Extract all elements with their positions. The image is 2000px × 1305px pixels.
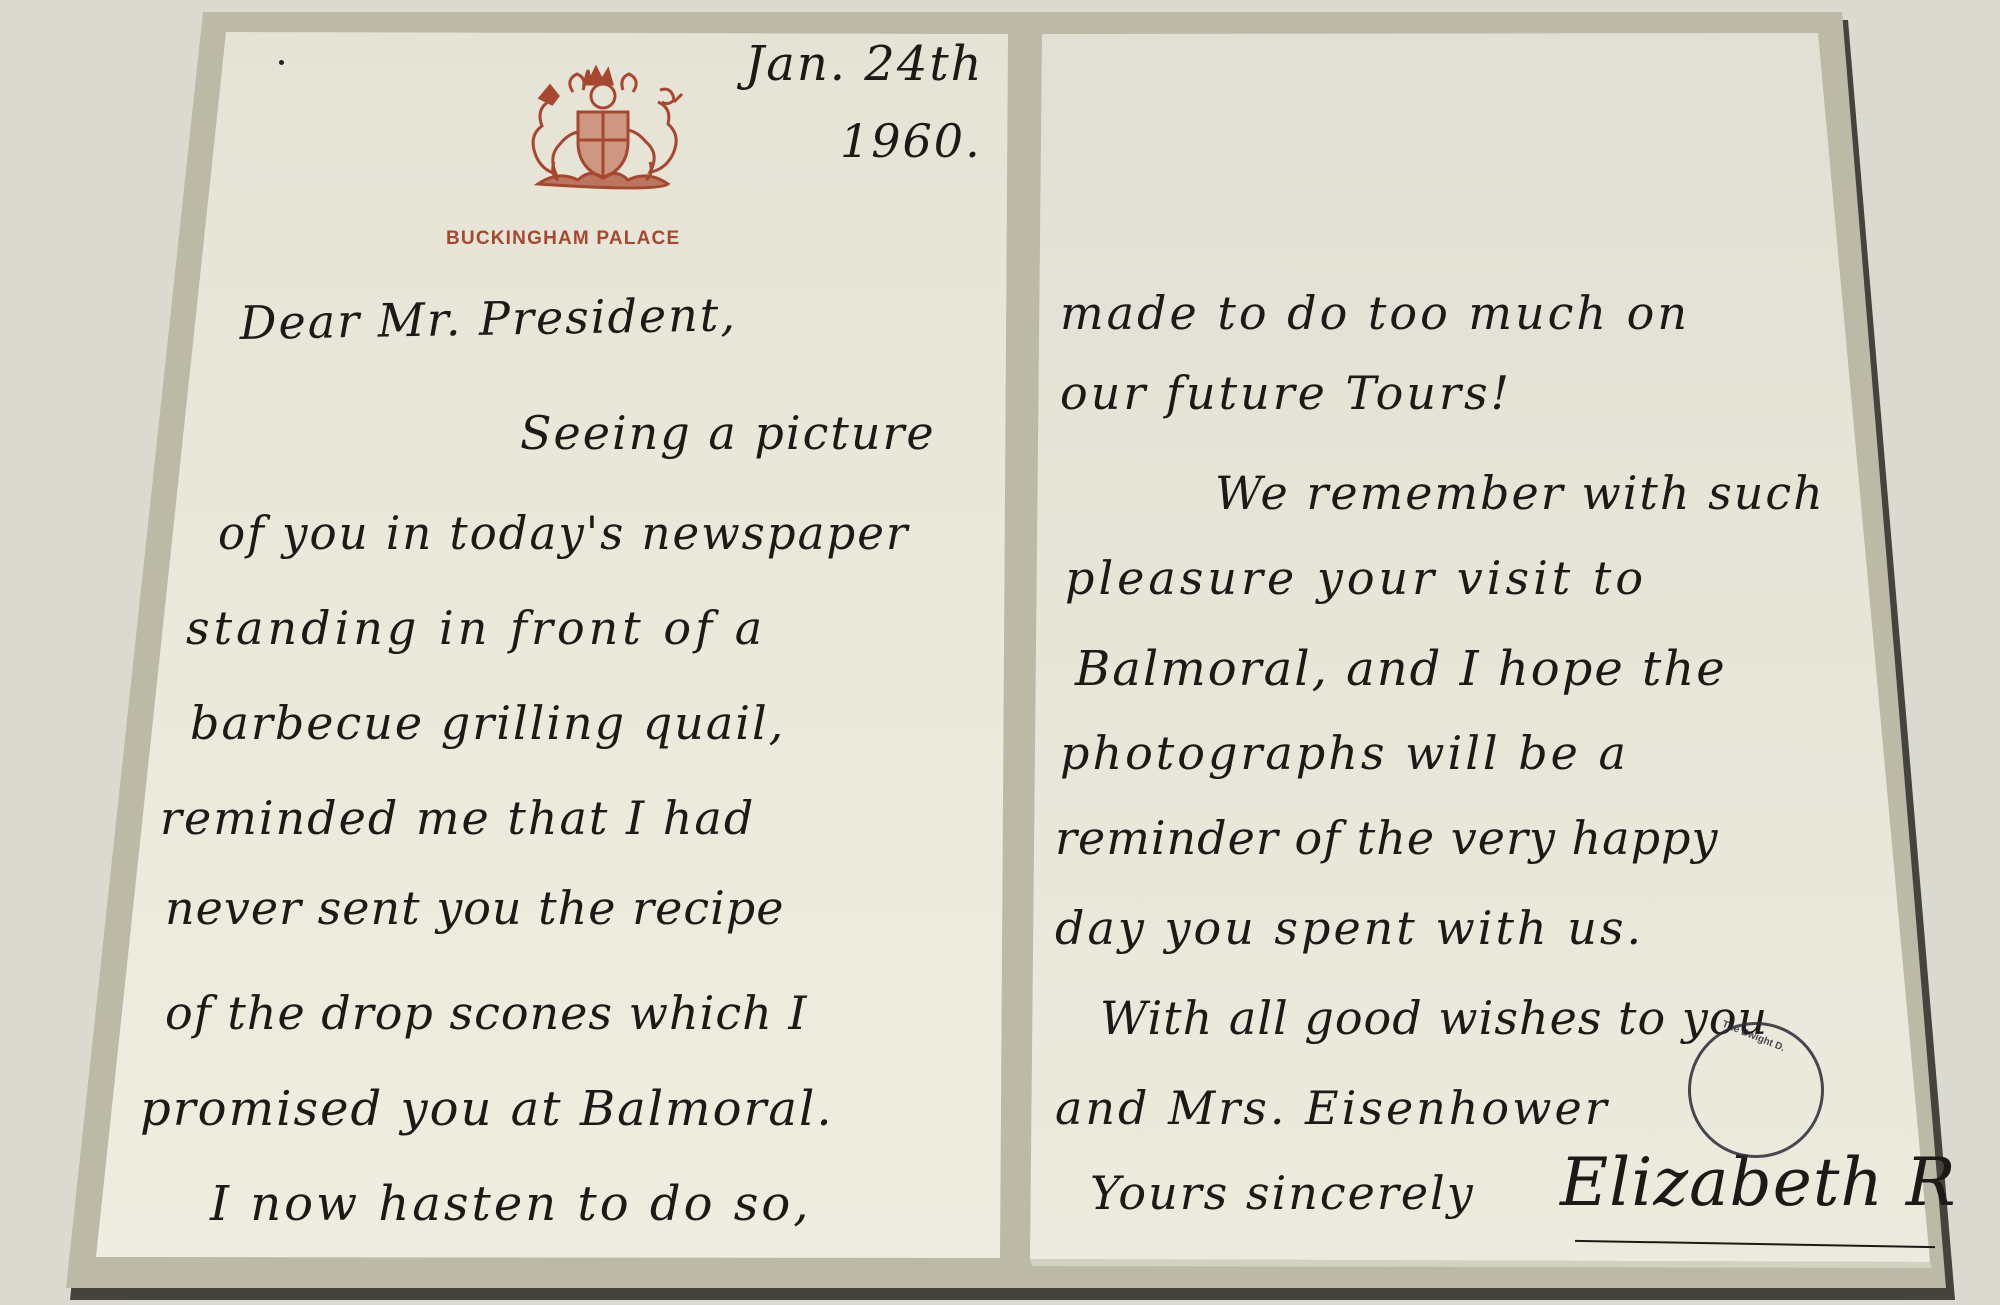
letter-line: of the drop scones which I — [165, 990, 808, 1036]
valediction: Yours sincerely — [1090, 1170, 1475, 1216]
letter-line: day you spent with us. — [1055, 905, 1644, 951]
letter-line: Seeing a picture — [520, 410, 936, 456]
letter-line: standing in front of a — [186, 605, 766, 651]
letter-date-day: Jan. 24th — [745, 40, 984, 88]
letter-closing: and Mrs. Eisenhower — [1055, 1085, 1610, 1131]
royal-crest-icon — [518, 62, 688, 202]
signature-flourish — [1575, 1240, 1935, 1248]
letter-content: BUCKINGHAM PALACE Jan. 24th 1960. Dear M… — [0, 0, 2000, 1305]
letter-line: pleasure your visit to — [1065, 555, 1647, 601]
letter-line: reminder of the very happy — [1055, 815, 1719, 861]
signature: Elizabeth R — [1560, 1150, 1957, 1216]
letter-line: barbecue grilling quail, — [190, 700, 785, 746]
letter-line: We remember with such — [1215, 470, 1825, 516]
letter-line: reminded me that I had — [160, 795, 755, 841]
letter-line: our future Tours! — [1060, 370, 1512, 416]
letterhead-text: BUCKINGHAM PALACE — [446, 228, 756, 250]
letter-line: I now hasten to do so, — [210, 1180, 812, 1228]
letter-line: promised you at Balmoral. — [140, 1085, 834, 1133]
letter-line: photographs will be a — [1060, 730, 1629, 776]
letter-date-year: 1960. — [840, 118, 982, 164]
letter-line: of you in today's newspaper — [218, 510, 909, 556]
letter-line: Balmoral, and I hope the — [1075, 645, 1727, 693]
letter-closing: With all good wishes to you — [1100, 995, 1768, 1041]
paper-speck — [279, 60, 284, 65]
salutation: Dear Mr. President, — [239, 291, 737, 346]
letter-line: never sent you the recipe — [165, 885, 784, 931]
letter-line: made to do too much on — [1060, 290, 1690, 336]
